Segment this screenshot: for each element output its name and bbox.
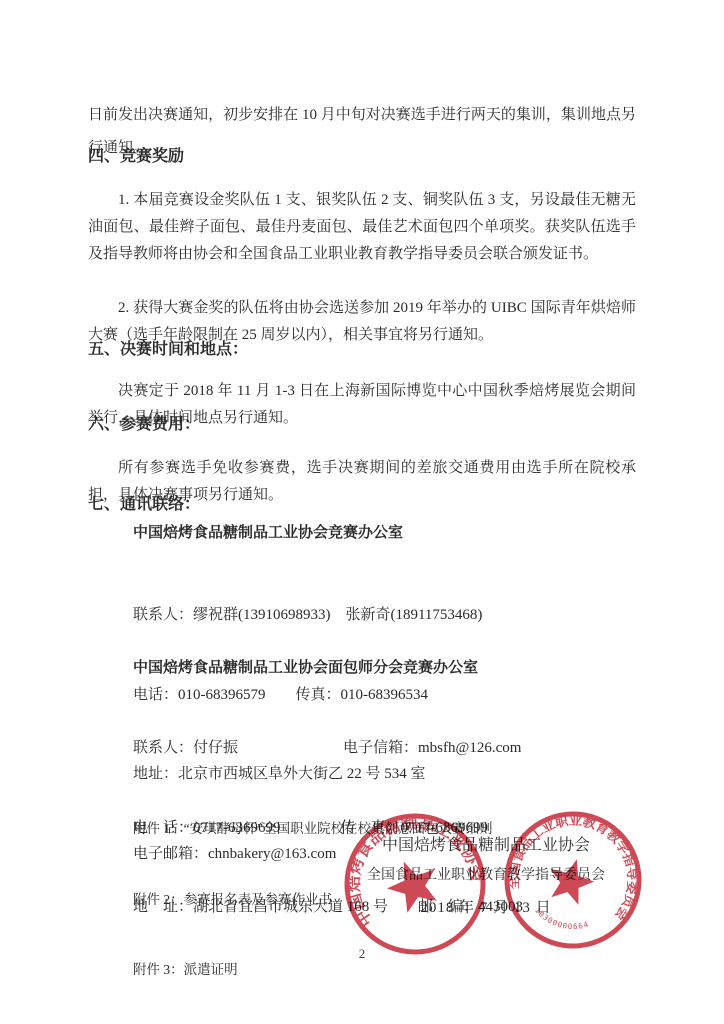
office-2-contact-line: 联系人：付仔振 电子信箱：mbsfh@126.com [133, 735, 633, 762]
office-1-contact-line: 联系人：缪祝群(13910698933) 张新奇(18911753468) [133, 602, 633, 629]
section-awards-title: 四、竞赛奖励 [88, 144, 184, 170]
document-page: 日前发出决赛通知，初步安排在 10 月中旬对决赛选手进行两天的集训，集训地点另行… [0, 0, 724, 1024]
section-schedule-title: 五、决赛时间和地点： [88, 337, 248, 363]
section-fees-title: 六、参赛费用： [88, 412, 200, 438]
office-2-name: 中国焙烤食品糖制品工业协会面包师分会竞赛办公室 [133, 655, 478, 681]
page-number: 2 [0, 946, 724, 962]
seal-star-icon [543, 853, 599, 907]
awards-paragraph-1: 1. 本届竞赛设金奖队伍 1 支、银奖队伍 2 支、铜奖队伍 3 支，另设最佳无… [88, 187, 636, 268]
seal-star-icon [380, 852, 446, 917]
office-1-name: 中国焙烤食品糖制品工业协会竞赛办公室 [133, 520, 403, 546]
section-contact-title: 七、通讯联络： [88, 492, 200, 518]
